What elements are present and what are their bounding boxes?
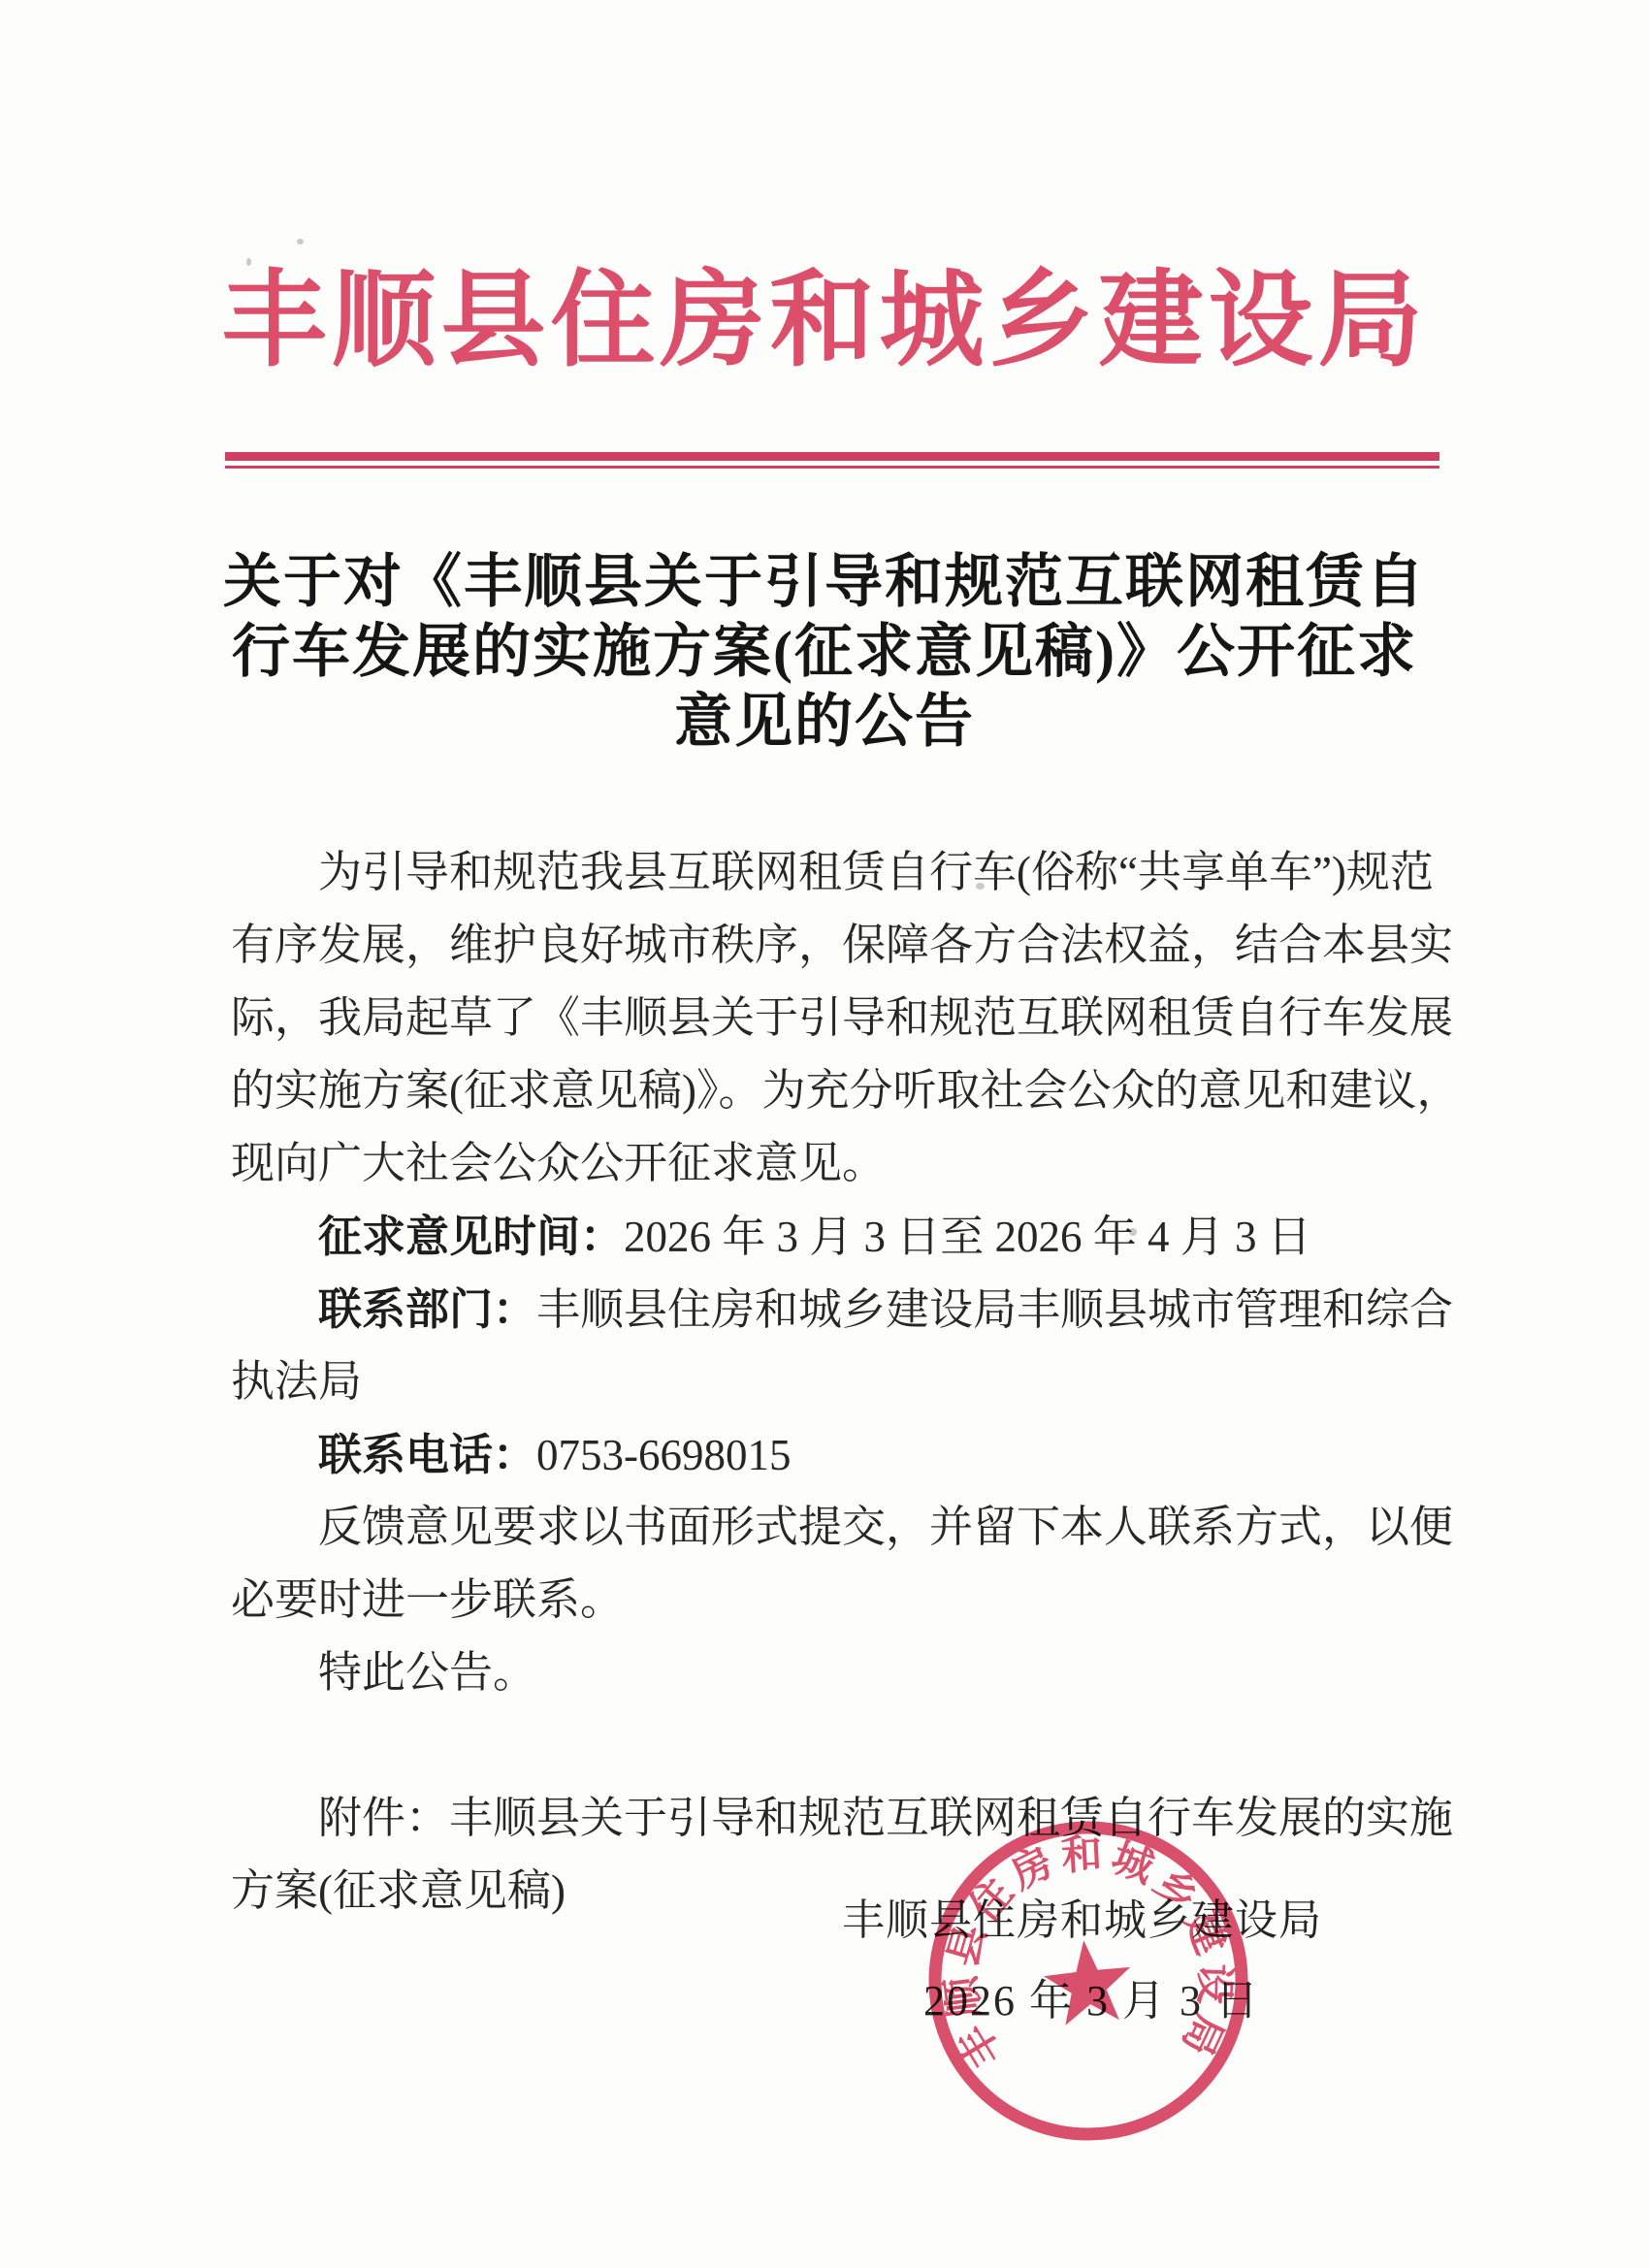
seal-text-char: 和 [1060,1831,1103,1879]
body-line-text: 反馈意见要求以书面形式提交，并留下本人联系方式，以便 [318,1503,1453,1551]
document-page: 丰顺县住房和城乡建设局 关于对《丰顺县关于引导和规范互联网租赁自 行车发展的实施… [0,0,1649,2268]
body-line: 现向广大社会公众公开征求意见。 [231,1127,1453,1200]
body-line-text: 为引导和规范我县互联网租赁自行车(俗称“共享单车”)规范 [318,848,1434,896]
body-line-closing: 特此公告。 [231,1636,1453,1709]
contact-dept-value: 丰顺县住房和城乡建设局丰顺县城市管理和综合 [536,1285,1453,1334]
divider-rule-thin [225,466,1439,469]
body-line-text: 际，我局起草了《丰顺县关于引导和规范互联网租赁自行车发展 [231,993,1453,1042]
attachment-text-cont: 方案(征求意见稿) [231,1866,566,1915]
body-line: 有序发展，维护良好城市秩序，保障各方合法权益，结合本县实 [231,909,1453,982]
body-line-text: 的实施方案(征求意见稿)》。为充分听取社会公众的意见和建议， [231,1066,1460,1115]
body-line-text: 必要时进一步联系。 [231,1575,624,1624]
body-line: 际，我局起草了《丰顺县关于引导和规范互联网租赁自行车发展 [231,982,1453,1054]
scan-speck [297,239,304,244]
divider-rule-thick [225,452,1439,461]
contact-dept-value-cont: 执法局 [231,1357,362,1406]
body-line: 必要时进一步联系。 [231,1564,1453,1636]
body-line: 的实施方案(征求意见稿)》。为充分听取社会公众的意见和建议， [231,1054,1453,1127]
attachment-text: 附件：丰顺县关于引导和规范互联网租赁自行车发展的实施 [318,1794,1453,1842]
body-line-attachment: 附件：丰顺县关于引导和规范互联网租赁自行车发展的实施 [231,1782,1453,1855]
notice-body: 为引导和规范我县互联网租赁自行车(俗称“共享单车”)规范 有序发展，维护良好城市… [231,836,1453,1928]
consult-period-value: 2026 年 3 月 3 日至 2026 年 4 月 3 日 [624,1213,1311,1261]
official-seal: 丰顺县住房和城乡建设局 [914,1806,1263,2155]
contact-phone-value: 0753-6698015 [536,1431,792,1479]
seal-star [1041,1936,1136,2027]
notice-title: 关于对《丰顺县关于引导和规范互联网租赁自 行车发展的实施方案(征求意见稿)》公开… [97,547,1552,757]
body-line-text: 特此公告。 [318,1648,536,1697]
consult-period-label: 征求意见时间： [318,1212,624,1261]
seal-text-char: 县 [941,1920,995,1971]
contact-phone-label: 联系电话： [318,1430,536,1479]
body-line-text: 现向广大社会公众公开征求意见。 [231,1139,886,1187]
notice-title-line-3: 意见的公告 [97,687,1552,757]
seal-text-char: 顺 [939,1973,988,2021]
body-line-contact-phone: 联系电话：0753-6698015 [231,1418,1453,1491]
body-line: 为引导和规范我县互联网租赁自行车(俗称“共享单车”)规范 [231,836,1453,909]
notice-title-line-1: 关于对《丰顺县关于引导和规范互联网租赁自 [97,547,1552,617]
notice-title-line-2: 行车发展的实施方案(征求意见稿)》公开征求 [97,617,1552,687]
body-line-contact-dept-cont: 执法局 [231,1345,1453,1418]
contact-dept-label: 联系部门： [318,1284,536,1334]
body-line-contact-dept: 联系部门：丰顺县住房和城乡建设局丰顺县城市管理和综合 [231,1273,1453,1345]
masthead-agency-title: 丰顺县住房和城乡建设局 [0,254,1649,390]
body-line-text: 有序发展，维护良好城市秩序，保障各方合法权益，结合本县实 [231,921,1453,969]
body-line-consult-period: 征求意见时间：2026 年 3 月 3 日至 2026 年 4 月 3 日 [231,1200,1453,1273]
body-line: 反馈意见要求以书面形式提交，并留下本人联系方式，以便 [231,1491,1453,1564]
seal-text-char: 设 [1190,1963,1237,2005]
